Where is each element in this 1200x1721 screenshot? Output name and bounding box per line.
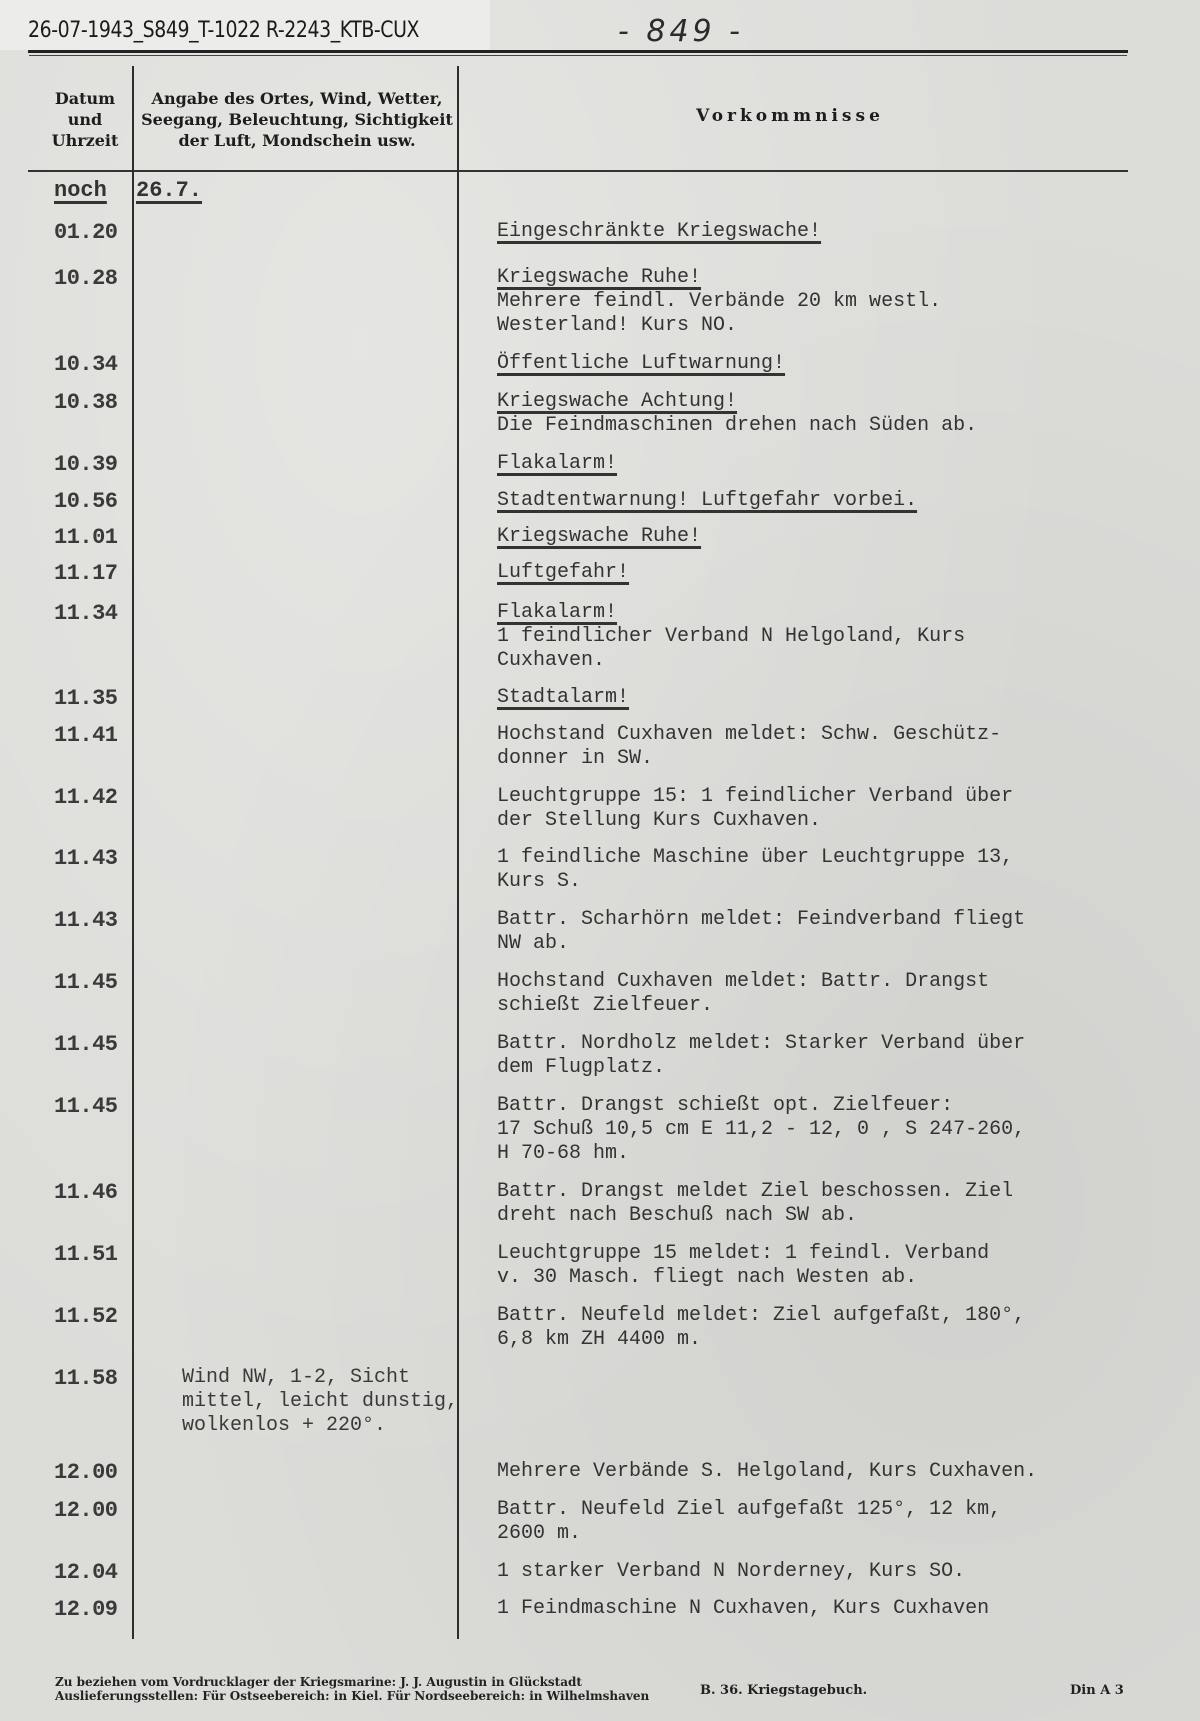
header-date-time: Datum und Uhrzeit [40, 88, 130, 151]
entry-time: 01.20 [54, 220, 134, 245]
entry-time: 12.04 [54, 1560, 134, 1585]
entry-time: 11.43 [54, 846, 134, 871]
entry-time: 10.56 [54, 489, 134, 514]
entry-time: 11.41 [54, 723, 134, 748]
entry-event: 1 starker Verband N Norderney, Kurs SO. [497, 1560, 1177, 1584]
entry-event: Flakalarm! [497, 452, 1177, 476]
file-label-box: 26-07-1943_S849_T-1022 R-2243_KTB-CUX [0, 0, 490, 50]
entry-time: 11.45 [54, 1032, 134, 1057]
entry-event: Kriegswache Ruhe! [497, 525, 1177, 549]
entry-time: 10.28 [54, 266, 134, 291]
footer-paper-size: Din A 3 [1070, 1683, 1124, 1698]
entry-time: 12.09 [54, 1597, 134, 1622]
entry-time: 12.00 [54, 1460, 134, 1485]
entry-event: Leuchtgruppe 15: 1 feindlicher Verband ü… [497, 785, 1177, 833]
entry-event: Leuchtgruppe 15 meldet: 1 feindl. Verban… [497, 1242, 1177, 1290]
entry-time: 11.46 [54, 1180, 134, 1205]
entry-time: 11.52 [54, 1304, 134, 1329]
document-page: 26-07-1943_S849_T-1022 R-2243_KTB-CUX - … [0, 0, 1200, 1721]
entry-time: 10.34 [54, 352, 134, 377]
page-number: - 849 - [618, 14, 744, 49]
entry-event: Hochstand Cuxhaven meldet: Battr. Drangs… [497, 970, 1177, 1018]
entry-event: Battr. Drangst meldet Ziel beschossen. Z… [497, 1180, 1177, 1228]
entry-event: Mehrere Verbände S. Helgoland, Kurs Cuxh… [497, 1460, 1177, 1484]
entry-event: 1 feindliche Maschine über Leuchtgruppe … [497, 846, 1177, 894]
entry-event: Battr. Nordholz meldet: Starker Verband … [497, 1032, 1177, 1080]
footer-publisher: Zu beziehen vom Vordrucklager der Kriegs… [55, 1675, 649, 1703]
entry-event: Luftgefahr! [497, 561, 1177, 585]
entry-event: Battr. Neufeld meldet: Ziel aufgefaßt, 1… [497, 1304, 1177, 1352]
entry-time: 11.35 [54, 686, 134, 711]
entry-event: Battr. Scharhörn meldet: Feindverband fl… [497, 908, 1177, 956]
entry-event: Eingeschränkte Kriegswache! [497, 220, 1177, 244]
entry-event: Kriegswache Ruhe!Mehrere feindl. Verbänd… [497, 266, 1177, 338]
entry-time: 11.51 [54, 1242, 134, 1267]
entry-event: Stadtentwarnung! Luftgefahr vorbei. [497, 489, 1177, 513]
header-place-weather: Angabe des Ortes, Wind, Wetter, Seegang,… [138, 88, 456, 151]
continuation-date: 26.7. [136, 178, 202, 203]
entry-event: Flakalarm!1 feindlicher Verband N Helgol… [497, 601, 1177, 673]
entry-event: Battr. Neufeld Ziel aufgefaßt 125°, 12 k… [497, 1498, 1177, 1546]
header-events: Vorkommnisse [460, 106, 1120, 127]
entry-time: 10.38 [54, 390, 134, 415]
entry-time: 11.17 [54, 561, 134, 586]
file-label: 26-07-1943_S849_T-1022 R-2243_KTB-CUX [28, 18, 419, 43]
footer-form-title: B. 36. Kriegstagebuch. [700, 1683, 867, 1698]
top-rule [28, 50, 1128, 53]
entry-time: 12.00 [54, 1498, 134, 1523]
entry-event: Stadtalarm! [497, 686, 1177, 710]
entry-time: 10.39 [54, 452, 134, 477]
header-rule [28, 170, 1128, 172]
entry-time: 11.45 [54, 970, 134, 995]
entry-time: 11.34 [54, 601, 134, 626]
entry-time: 11.43 [54, 908, 134, 933]
entry-event: Battr. Drangst schießt opt. Zielfeuer:17… [497, 1094, 1177, 1166]
entry-event: Öffentliche Luftwarnung! [497, 352, 1177, 376]
entry-time: 11.01 [54, 525, 134, 550]
continuation-label: noch [54, 178, 107, 203]
entry-time: 11.42 [54, 785, 134, 810]
entry-place-weather: Wind NW, 1-2, Sicht mittel, leicht dunst… [182, 1366, 522, 1438]
entry-event: Kriegswache Achtung!Die Feindmaschinen d… [497, 390, 1177, 438]
entry-time: 11.58 [54, 1366, 134, 1391]
entry-event: 1 Feindmaschine N Cuxhaven, Kurs Cuxhave… [497, 1597, 1177, 1621]
entry-time: 11.45 [54, 1094, 134, 1119]
entry-event: Hochstand Cuxhaven meldet: Schw. Geschüt… [497, 723, 1177, 771]
